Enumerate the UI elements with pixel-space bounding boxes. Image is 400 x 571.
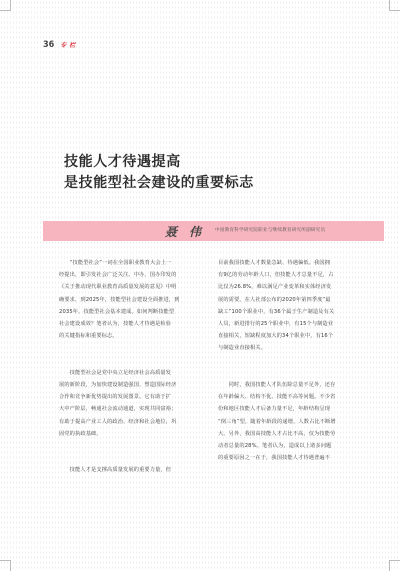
- text-line: 在年龄偏大、结构不优、技能不高等问题。不少省: [218, 391, 361, 403]
- text-line: 技能型社会是党中央立足经济社会高质量发: [59, 367, 202, 379]
- paragraph: 目前我国技能人才数量急缺、待遇偏低。我国拥 有9亿的劳动年龄人口，但技能人才总量…: [218, 257, 361, 355]
- crop-mark-top-right: [389, 0, 400, 11]
- title-line-1: 技能人才待遇提高: [64, 152, 254, 173]
- text-line: 动者总量的28%。笔者认为，造成以上诸多问题: [218, 440, 361, 452]
- author-name: 聂伟: [165, 223, 213, 240]
- text-line: 展的需要。在人社部公布的2020年第四季度“最: [218, 294, 361, 306]
- text-line: 缺工”100个职业中，有36个属于生产制造及有关: [218, 306, 361, 318]
- text-line: 大。另外，我国高技能人才占比不高，仅为技能劳: [218, 428, 361, 440]
- text-line: 有助于提高产业工人的政治、经济和社会地位，巩: [59, 416, 202, 428]
- text-line: 目前我国技能人才数量急缺、待遇偏低。我国拥: [218, 257, 361, 269]
- text-line: 的关键指标和重要标志。: [59, 330, 202, 342]
- text-line: “倒三角”型，随着年龄段的递增，人数占比不断增: [218, 416, 361, 428]
- paragraph: 技能人才是支撑高质量发展的重要力量，但: [59, 464, 202, 476]
- paragraph: “技能型社会”一词在全国职业教育大会上一 经提出，即引发社会广泛关注。中办、国办…: [59, 257, 202, 342]
- title-line-2: 是技能型社会建设的重要标志: [64, 173, 254, 194]
- text-line: 的重要原因之一在于，我国技能人才待遇普遍不: [218, 452, 361, 464]
- text-line: 大中产阶层，畅通社会流动通道，实现共同富裕；: [59, 403, 202, 415]
- crop-mark-bottom-right: [389, 560, 400, 571]
- text-line: 同时，我国技能人才队伍除总量不足外，还存: [218, 379, 361, 391]
- text-line: 展的新阶段，为加快建设制造强国、塑造国际经济: [59, 379, 202, 391]
- text-line: 与制造业直接相关。: [218, 342, 361, 354]
- text-line: “技能型社会”一词在全国职业教育大会上一: [59, 257, 202, 269]
- text-line: 技能人才是支撑高质量发展的重要力量，但: [59, 464, 202, 476]
- body-column-left: “技能型社会”一词在全国职业教育大会上一 经提出，即引发社会广泛关注。中办、国办…: [59, 257, 202, 501]
- crop-mark-bottom-left: [0, 560, 11, 571]
- article-title: 技能人才待遇提高 是技能型社会建设的重要标志: [64, 152, 254, 194]
- body-column-right: 目前我国技能人才数量急缺、待遇偏低。我国拥 有9亿的劳动年龄人口，但技能人才总量…: [218, 257, 361, 489]
- byline-band: 聂伟 中国教育科学研究院职业与继续教育研究所副研究员: [43, 221, 384, 241]
- paragraph: 同时，我国技能人才队伍除总量不足外，还存 在年龄偏大、结构不优、技能不高等问题。…: [218, 379, 361, 464]
- text-line: 直接相关，短缺程度加大的34个职业中，有16个: [218, 330, 361, 342]
- text-line: 确要求，到2025年，技能型社会建设全面推进，到: [59, 294, 202, 306]
- text-line: 2035年，技能型社会基本建成。如何判断技能型: [59, 306, 202, 318]
- text-line: 有9亿的劳动年龄人口，但技能人才总量不足，占: [218, 269, 361, 281]
- crop-mark-top-left: [0, 0, 11, 11]
- section-label: 专栏: [60, 40, 78, 49]
- page-number: 36: [43, 40, 54, 50]
- text-line: 份和地区技能人才后备力量不足，年龄结构呈现: [218, 403, 361, 415]
- text-line: 经提出，即引发社会广泛关注。中办、国办印发的: [59, 269, 202, 281]
- text-line: 《关于推动现代职业教育高质量发展的意见》中明: [59, 281, 202, 293]
- text-line: 比仅为26.8%，难以满足产业变革和实体经济发: [218, 281, 361, 293]
- text-line: 人员，新进排行的25个职业中，有15个与制造业: [218, 318, 361, 330]
- text-line: 合作和竞争新优势提出的发展图景。它有助于扩: [59, 391, 202, 403]
- running-head: 36 专栏: [43, 40, 78, 50]
- paragraph: 技能型社会是党中央立足经济社会高质量发 展的新阶段，为加快建设制造强国、塑造国际…: [59, 367, 202, 440]
- author-affiliation: 中国教育科学研究院职业与继续教育研究所副研究员: [215, 227, 325, 233]
- text-line: 固党的执政基础。: [59, 428, 202, 440]
- text-line: 社会建设成效？笔者认为，技能人才待遇是检验: [59, 318, 202, 330]
